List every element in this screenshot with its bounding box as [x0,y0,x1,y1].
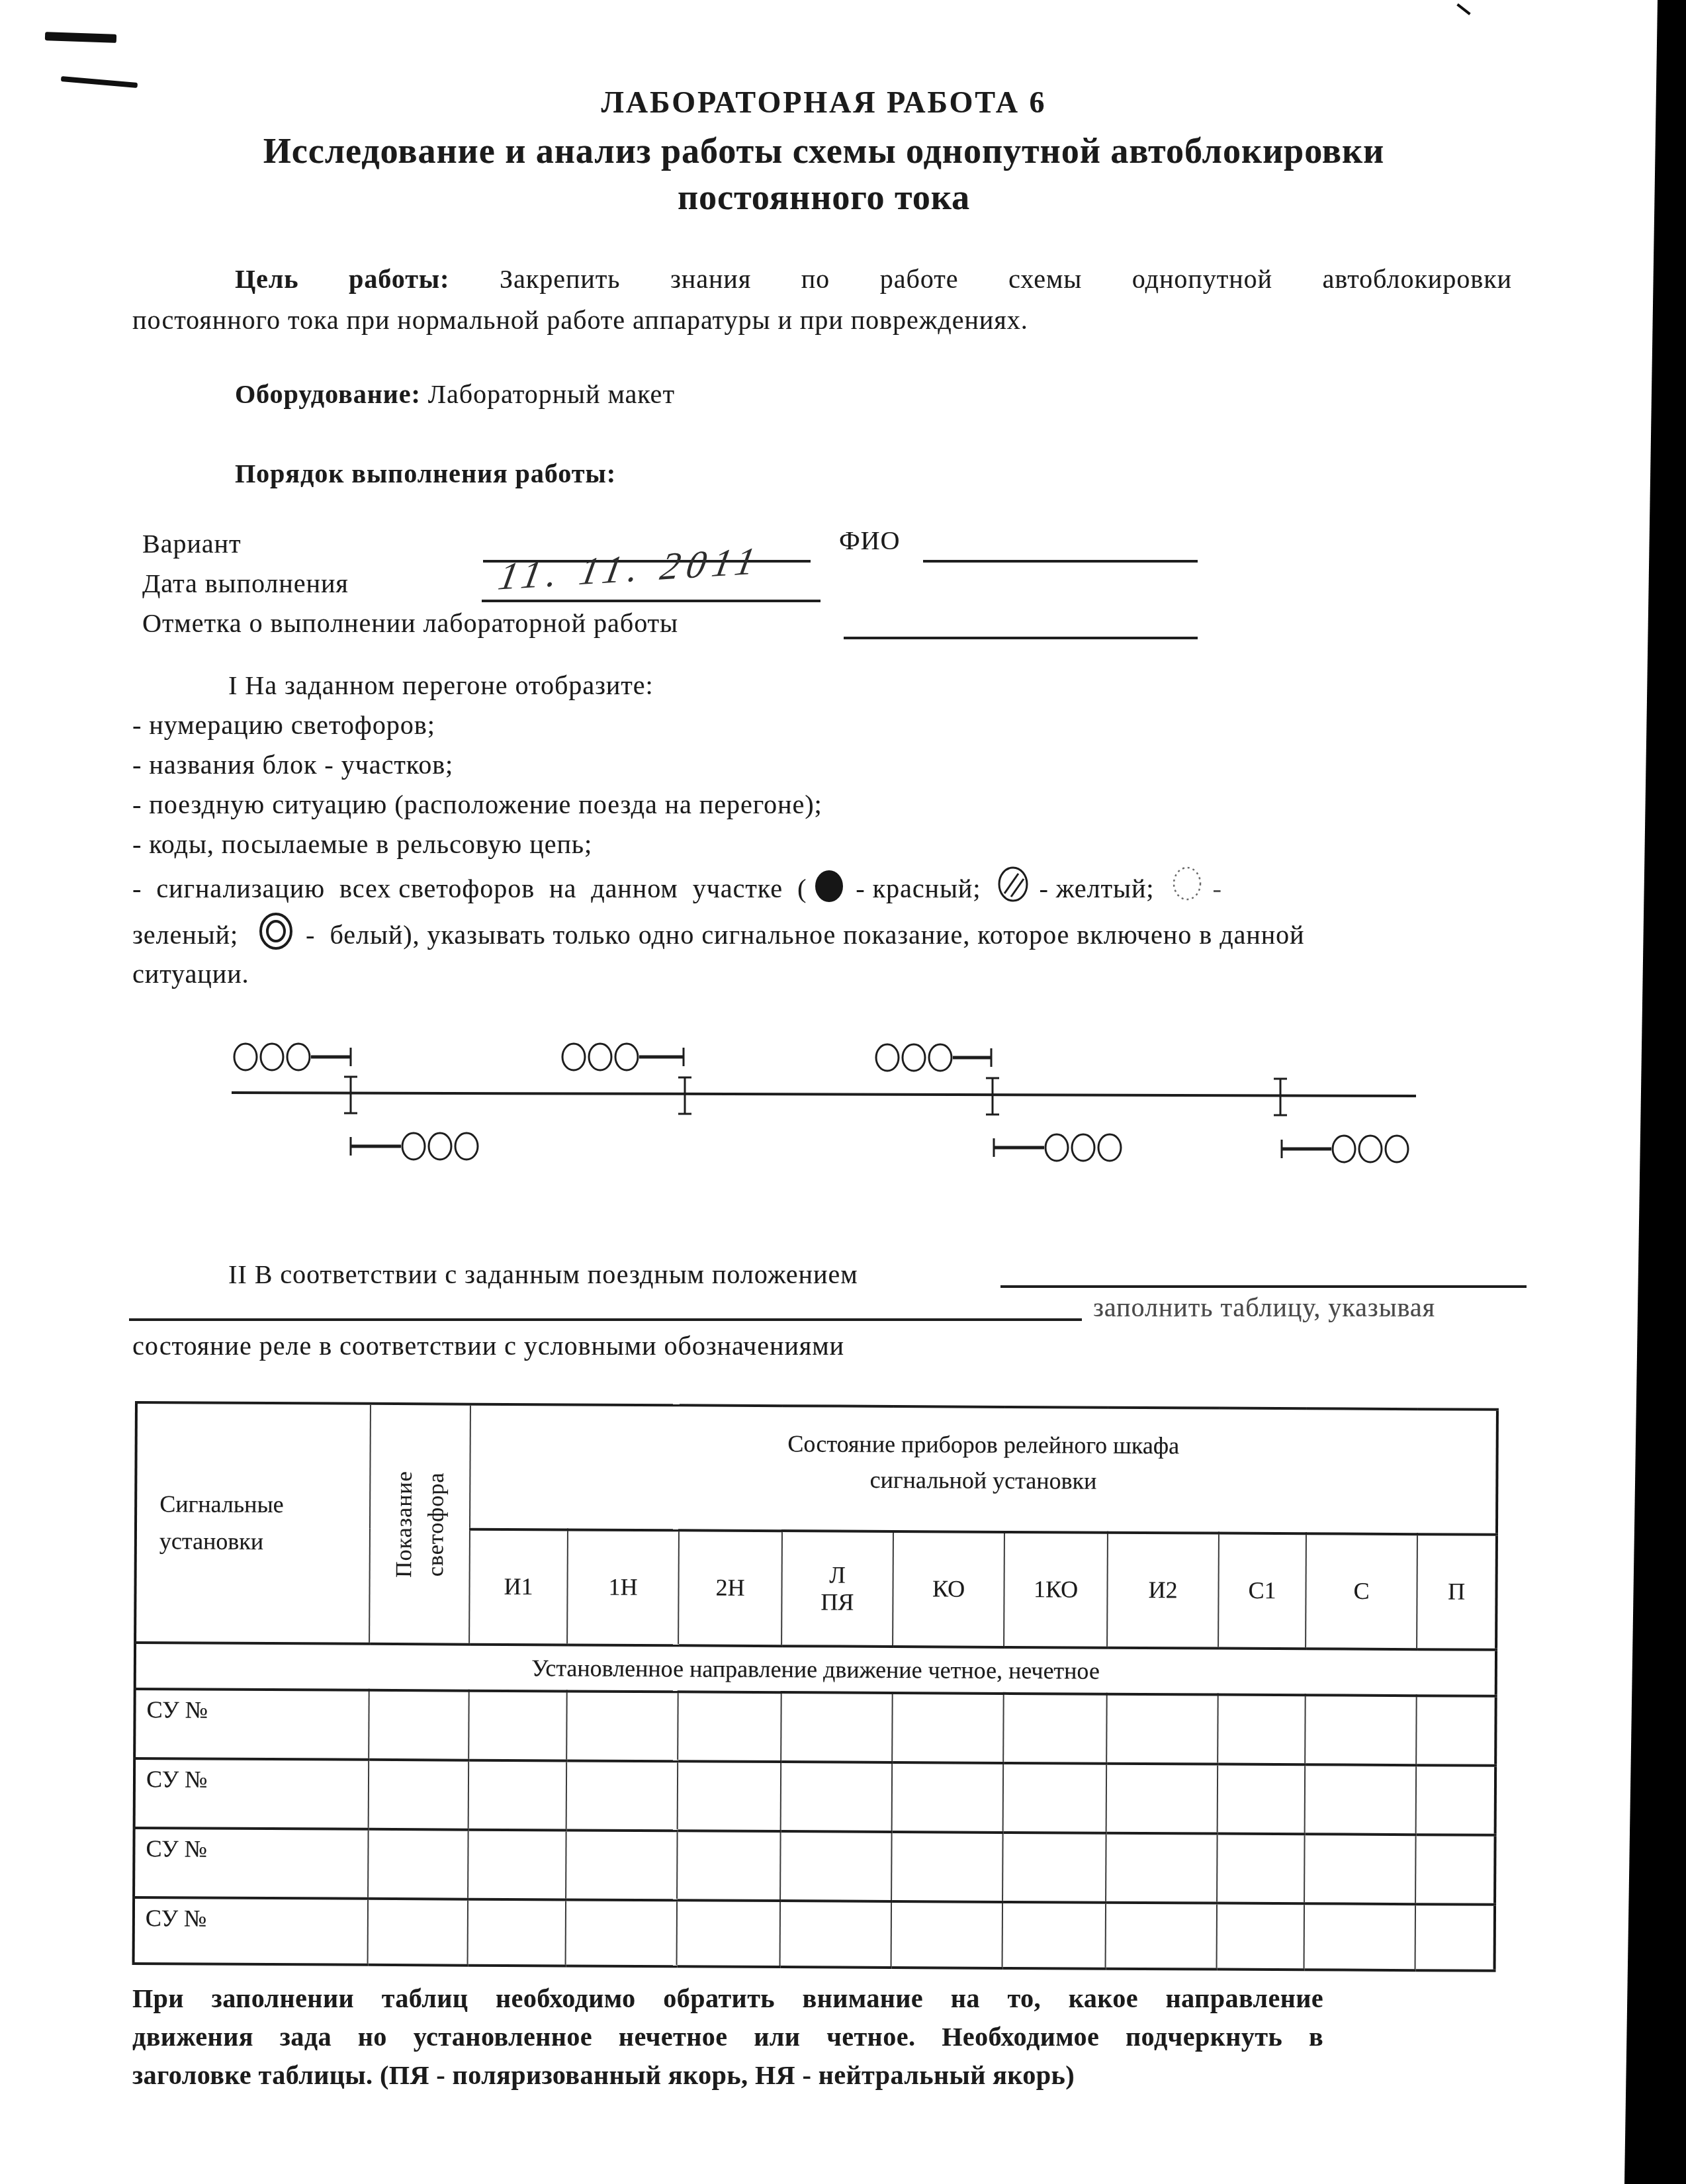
mark-label: Отметка о выполнении лабораторной работы [142,608,678,639]
empty-cell [1106,1833,1218,1903]
date-blank-line [482,600,821,602]
empty-cell [1218,1695,1306,1765]
empty-cell [891,1901,1003,1968]
section2-blank-line-1 [1000,1285,1527,1288]
legend-line1: - сигнализацию всех светофоров на данном… [132,866,1222,912]
legend-text: - сигнализацию всех светофоров на данном… [132,873,807,905]
empty-cell [1415,1904,1495,1971]
row-label-cell: СУ № [134,1689,369,1760]
empty-cell [468,1691,567,1761]
list-item: - поездную ситуацию (расположение поезда… [132,789,822,821]
mark-blank-line [844,637,1198,639]
group-header-line2: сигнальной установки [470,1460,1495,1501]
empty-cell [780,1831,892,1901]
variant-label: Вариант [142,528,241,560]
top-signal-2 [562,1044,684,1070]
row-label-cell: СУ № [134,1828,369,1899]
group-header-cell: Состояние приборов релейного шкафа сигна… [470,1404,1497,1535]
legend-line2: зеленый; - белый), указывать только одно… [132,912,1304,958]
table-row: СУ № [134,1758,1496,1835]
empty-cell [1217,1903,1305,1970]
empty-cell [678,1692,781,1762]
doc-title-line1: Исследование и анализ работы схемы одноп… [132,130,1515,171]
column-header-cell: И2 [1107,1533,1219,1649]
row-label-cell: СУ № [134,1897,369,1965]
top-signal-1 [234,1044,351,1070]
empty-cell [1217,1834,1305,1904]
insulated-joint-4 [1274,1079,1287,1115]
empty-cell [1106,1764,1218,1834]
row-label-cell: СУ № [134,1758,369,1829]
section2-line3: состояние реле в соответствии с условным… [132,1330,844,1362]
section2-fill-note: заполнить таблицу, указывая [1093,1292,1435,1324]
group-header-line1: Состояние приборов релейного шкафа [471,1424,1496,1465]
list-item: - названия блок - участков; [132,749,453,781]
date-label: Дата выполнения [142,568,349,600]
doc-title-line2: постоянного тока [132,177,1515,218]
red-signal-icon [813,869,845,903]
column-header-cell: И1 [469,1529,568,1645]
empty-cell [1416,1696,1496,1766]
empty-cell [781,1692,893,1762]
empty-cell [1415,1835,1495,1905]
legend-white-label: - белый), указывать только одно сигнальн… [306,919,1304,951]
col1-header-cell: Сигнальные установки [135,1402,371,1644]
empty-cell [468,1760,567,1831]
goal-line1: Цель работы: Закрепить знания по работе … [132,263,1512,295]
section2-blank-line-2 [129,1318,1082,1321]
empty-cell [368,1899,468,1966]
column-header-cell: КО [893,1531,1004,1647]
empty-cell [1218,1764,1306,1835]
empty-cell [892,1693,1004,1763]
green-signal-icon [1171,866,1203,901]
top-signal-3 [876,1044,991,1071]
empty-cell [468,1830,566,1900]
empty-cell [1304,1834,1416,1904]
empty-cell [368,1829,468,1899]
relay-state-table: Сигнальные установки Показание светофора… [132,1401,1499,1972]
table-row: СУ № [134,1689,1496,1766]
white-signal-icon [258,912,294,950]
column-header-cell: Л ПЯ [781,1531,893,1647]
scan-artifact-stroke-2 [61,76,138,88]
track-diagram [218,1032,1436,1185]
goal-line2: постоянного тока при нормальной работе а… [132,304,1512,336]
empty-cell [1003,1763,1107,1833]
signal-indication-vertical-text: Показание светофора [388,1402,452,1647]
empty-cell [1416,1765,1496,1835]
equipment-value: Лабораторный макет [428,379,675,409]
list-item: - коды, посылаемые в рельсовую цепь; [132,829,592,860]
column-header-cell: С [1306,1533,1417,1649]
insulated-joint-1 [344,1077,357,1113]
legend-green-dash: - [1212,873,1221,905]
direction-row-cell: Установленное направление движение четно… [135,1643,1496,1696]
footer-note-line1: При заполнении таблиц необходимо обратит… [132,1985,1323,2012]
insulated-joint-3 [986,1078,999,1115]
column-header-cell: 2Н [678,1530,782,1646]
empty-cell [780,1901,892,1968]
fio-blank-line [923,560,1198,563]
empty-cell [468,1899,566,1966]
empty-cell [566,1691,678,1761]
insulated-joint-2 [678,1077,691,1114]
legend-green-label: зеленый; [132,919,238,951]
empty-cell [1304,1903,1416,1970]
legend-line3: ситуации. [132,958,249,990]
track-line [232,1093,1416,1096]
direction-row: Установленное направление движение четно… [135,1643,1496,1696]
column-header-cell: П [1417,1534,1497,1650]
legend-yellow-label: - желтый; [1039,873,1154,905]
footer-note-line2: движения зада но установленное нечетное … [132,2024,1323,2050]
bottom-signal-2 [994,1134,1121,1161]
yellow-signal-icon [997,866,1030,903]
signal-indication-header-cell: Показание светофора [369,1404,470,1645]
empty-cell [1003,1694,1107,1764]
empty-cell [1106,1694,1218,1764]
scan-artifact-stroke-1 [45,32,116,43]
empty-cell [1002,1902,1106,1969]
handwritten-date: 11. 11. 2011 [495,538,766,599]
empty-cell [1002,1833,1106,1903]
empty-cell [566,1899,678,1966]
bottom-signal-3 [1282,1136,1408,1162]
empty-cell [677,1831,781,1901]
table-row: СУ № [134,1828,1495,1905]
goal-label: Цель работы: [235,264,449,294]
page-title: ЛАБОРАТОРНАЯ РАБОТА 6 [132,85,1515,120]
empty-cell [1106,1903,1218,1970]
section1-heading: I На заданном перегоне отобразите: [228,670,654,702]
empty-cell [1305,1695,1417,1765]
table-row: СУ № [134,1897,1495,1971]
empty-cell [566,1830,678,1900]
bottom-signal-1 [351,1133,478,1160]
procedure-heading: Порядок выполнения работы: [235,458,616,490]
empty-cell [1305,1764,1417,1835]
column-header-cell: 1Н [567,1529,679,1645]
list-item: - нумерацию светофоров; [132,709,435,741]
empty-cell [891,1832,1003,1902]
footer-note-line3: заголовке таблицы. (ПЯ - поляризованный … [132,2062,1323,2089]
section2-line1: II В соответствии с заданным поездным по… [228,1259,858,1291]
empty-cell [677,1900,781,1967]
empty-cell [678,1761,781,1831]
empty-cell [781,1762,893,1832]
goal-text: Закрепить знания по работе схемы однопут… [500,264,1512,294]
empty-cell [369,1760,469,1830]
legend-red-label: - красный; [856,873,981,905]
equipment-label: Оборудование: [235,379,421,409]
fio-label: ФИО [839,525,900,557]
empty-cell [566,1760,678,1831]
column-header-cell: 1КО [1004,1532,1108,1648]
column-header-cell: С1 [1218,1533,1306,1649]
scan-artifact-right-band [1615,0,1686,2184]
scan-artifact-corner-tick [1456,3,1470,15]
empty-cell [369,1690,469,1760]
empty-cell [892,1762,1004,1833]
